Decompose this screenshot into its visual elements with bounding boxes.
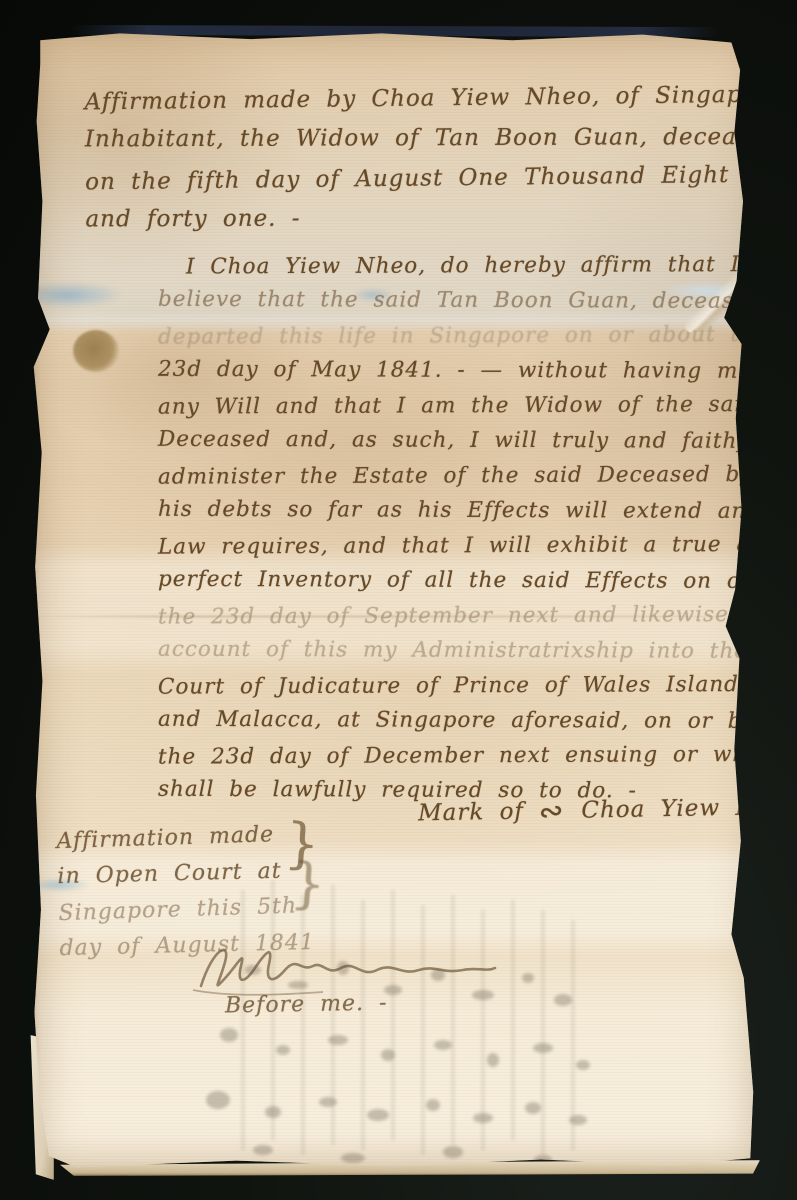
photograph-of-document: Affirmation made by Choa Yiew Nheo, of S… xyxy=(0,0,797,1200)
body-line: Law requires, and that I will exhibit a … xyxy=(158,526,797,564)
body-line: Court of Judicature of Prince of Wales I… xyxy=(158,666,797,704)
body-line: the 23d day of September next and likewi… xyxy=(158,596,797,634)
brown-stain xyxy=(73,330,119,372)
document-page: Affirmation made by Choa Yiew Nheo, of S… xyxy=(33,30,759,1172)
body-line: account of this my Administratrixship in… xyxy=(158,632,797,670)
body-line: the 23d day of December next ensuing or … xyxy=(158,736,797,774)
title-line: on the fifth day of August One Thousand … xyxy=(85,154,797,203)
body-line: departed this life in Singapore on or ab… xyxy=(158,316,797,354)
ink-bleed-through-marks xyxy=(133,850,693,1180)
body-line: 23d day of May 1841. - — without having … xyxy=(158,352,797,390)
body-line: perfect Inventory of all the said Effect… xyxy=(158,562,797,600)
title-line: Affirmation made by Choa Yiew Nheo, of S… xyxy=(84,74,797,123)
body-line: believe that the said Tan Boon Guan, dec… xyxy=(158,282,797,320)
body-line: his debts so far as his Effects will ext… xyxy=(158,492,797,530)
body-line: and Malacca, at Singapore aforesaid, on … xyxy=(158,702,797,740)
title-line: and forty one. - xyxy=(85,197,797,240)
affirmation-body: I Choa Yiew Nheo, do hereby affirm that … xyxy=(158,248,797,808)
mark-of-line: Mark of∾ Choa Yiew Nheo. xyxy=(418,787,797,829)
title-line: Inhabitant, the Widow of Tan Boon Guan, … xyxy=(85,117,797,160)
damage-tear-blue-left xyxy=(31,282,121,308)
signatory-name: Choa Yiew Nheo. xyxy=(581,794,797,824)
personal-mark-glyph: ∾ xyxy=(536,792,567,831)
body-line: I Choa Yiew Nheo, do hereby affirm that … xyxy=(158,246,797,284)
body-line: any Will and that I am the Widow of the … xyxy=(158,386,797,424)
title-paragraph: Affirmation made by Choa Yiew Nheo, of S… xyxy=(84,75,797,240)
mark-of-label: Mark of xyxy=(418,799,524,827)
body-line: Deceased and, as such, I will truly and … xyxy=(158,422,797,460)
body-line: administer the Estate of the said Deceas… xyxy=(158,456,797,494)
